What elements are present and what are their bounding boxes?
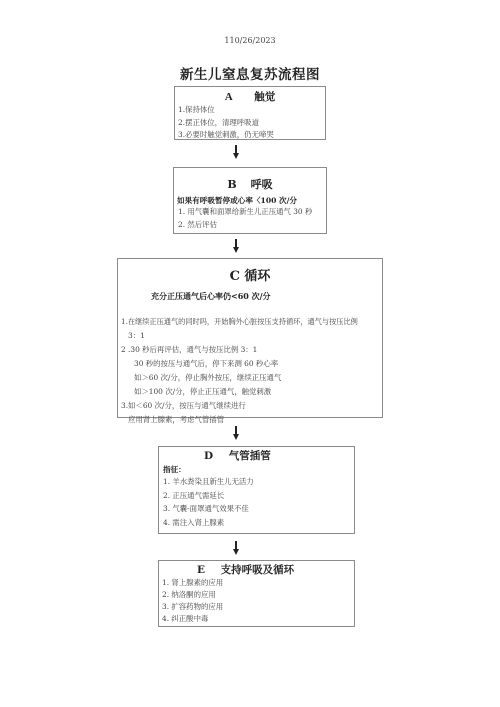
step-e-item: 1. 肾上腺素的应用 [162,577,354,589]
step-b-letter: B [227,178,236,191]
step-e-title: 支持呼吸及循环 [221,564,295,576]
step-c-item: 2 .30 秒后再评估，通气与按压比例 3：1 [121,343,382,357]
step-d-header: D 气管插管 [159,448,354,463]
step-e-item: 3. 扩容药物的应用 [162,601,354,613]
step-c-title: C 循环 [118,265,382,284]
step-a-item: 3.必要时触觉刺激，仍无啼哭 [178,129,325,142]
step-d-item: 2. 正压通气需延长 [163,489,354,503]
step-a-box: A 触觉 1.保持体位 2.摆正体位，清理呼吸道 3.必要时触觉刺激，仍无啼哭 [174,86,326,140]
step-a-header: A 触觉 [175,89,325,104]
step-a-title: 触觉 [254,91,275,103]
down-arrow-icon [231,239,241,253]
step-b-title: 呼吸 [251,178,273,191]
down-arrow-icon [231,426,241,440]
step-c-item: 3.如＜60 次/分，按压与通气继续进行 [121,399,382,413]
down-arrow-icon [231,145,241,159]
step-b-header: B 呼吸 [174,176,326,192]
page-title: 新生儿窒息复苏流程图 [0,63,500,83]
document-date: 110/26/2023 [0,36,500,45]
down-arrow-icon [231,541,241,555]
step-d-item: 1. 羊水粪染且新生儿无活力 [163,475,354,489]
step-e-letter: E [197,564,205,576]
step-e-item: 4. 纠正酸中毒 [162,613,354,625]
step-b-item: 2. 然后评估 [178,219,326,232]
step-c-box: C 循环 充分正压通气后心率仍<60 次/分 1.在继续正压通气的同时吗，开始胸… [117,258,383,418]
step-c-item: 1.在继续正压通气的同时吗，开始胸外心脏按压支持循环，通气与按压比例 [121,315,382,329]
step-d-item: 4. 需注入肾上腺素 [163,516,354,530]
step-b-item: 1. 用气囊和面罩给新生儿正压通气 30 秒 [178,206,326,219]
step-e-item: 2. 纳洛酮的应用 [162,589,354,601]
step-c-item: 3：1 [121,329,382,343]
step-e-box: E 支持呼吸及循环 1. 肾上腺素的应用 2. 纳洛酮的应用 3. 扩容药物的应… [158,560,355,627]
step-c-condition: 充分正压通气后心率仍<60 次/分 [118,291,382,302]
step-e-header: E 支持呼吸及循环 [159,562,354,577]
step-a-letter: A [225,91,233,103]
step-c-item: 如＞100 次/分，停止正压通气，触觉刺激 [121,385,382,399]
step-d-box: D 气管插管 指征： 1. 羊水粪染且新生儿无活力 2. 正压通气需延长 3. … [158,446,355,534]
step-d-label: 指征： [159,464,354,475]
step-c-item: 应用肾上腺素，考虑气管插管 [121,413,382,427]
step-d-item: 3. 气囊-面罩通气效果不佳 [163,502,354,516]
step-d-letter: D [204,450,213,462]
step-b-box: B 呼吸 如果有呼吸暂停或心率〈100 次/分 1. 用气囊和面罩给新生儿正压通… [173,167,327,234]
step-b-condition: 如果有呼吸暂停或心率〈100 次/分 [174,195,326,206]
step-d-title: 气管插管 [229,450,271,462]
step-c-item: 如＞60 次/分，停止胸外按压，继续正压通气 [121,371,382,385]
step-a-item: 1.保持体位 [178,104,325,117]
step-c-item: 30 秒的按压与通气后，停下来测 60 秒心率 [121,357,382,371]
step-a-item: 2.摆正体位，清理呼吸道 [178,117,325,130]
